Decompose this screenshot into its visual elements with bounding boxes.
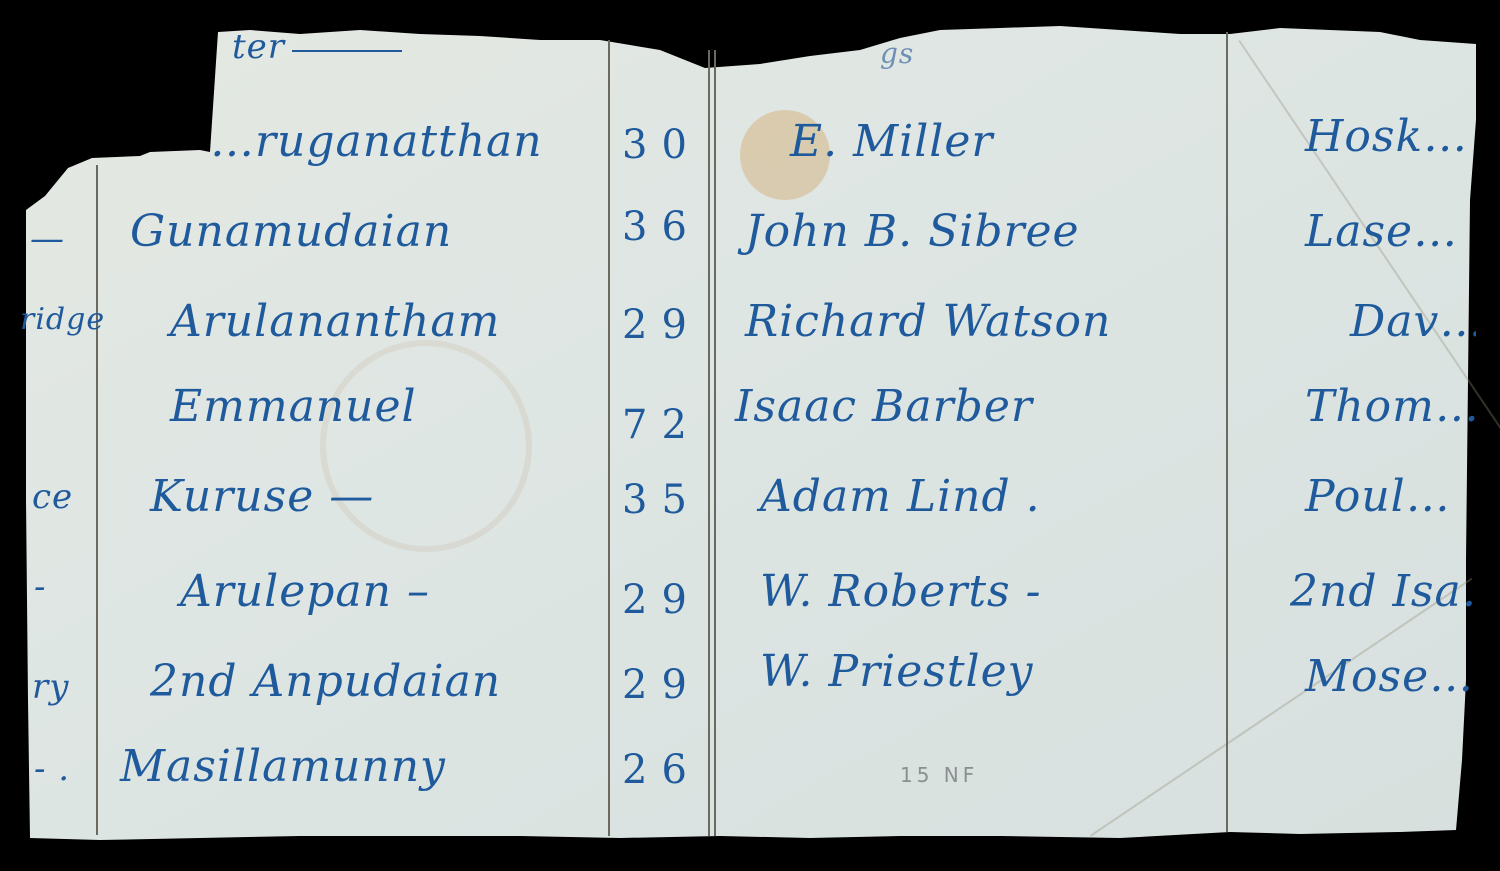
column-rule bbox=[96, 165, 98, 835]
ledger-name-entry: …ruganatthan bbox=[210, 120, 543, 164]
ledger-age-entry: 30 bbox=[622, 125, 701, 165]
ledger-name-entry: Masillamunny bbox=[120, 745, 446, 789]
ledger-name-entry: Hosk… bbox=[1305, 115, 1468, 159]
ledger-name-entry: Lase… bbox=[1305, 210, 1458, 254]
ledger-age-entry: 29 bbox=[622, 665, 701, 705]
ledger-age-entry: 29 bbox=[622, 580, 701, 620]
ledger-name-entry: John B. Sibree bbox=[745, 210, 1080, 254]
ledger-age-entry: 72 bbox=[622, 405, 701, 445]
ledger-name-entry: Emmanuel bbox=[170, 385, 417, 429]
ledger-age-entry: 35 bbox=[622, 480, 701, 520]
ledger-age-entry: 29 bbox=[622, 305, 701, 345]
ledger-name-entry: W. Priestley bbox=[760, 650, 1034, 694]
column-rule bbox=[608, 40, 610, 836]
header-fragment: ter bbox=[232, 30, 285, 64]
ledger-name-entry: Poul… bbox=[1305, 475, 1451, 519]
ledger-name-entry: 2nd Anpudaian bbox=[150, 660, 501, 704]
margin-fragment: - bbox=[34, 570, 47, 604]
ledger-name-entry: Adam Lind . bbox=[760, 475, 1041, 519]
ledger-paper-fragment: ter gs — ridge ce - ry - . …ruganatthan … bbox=[0, 0, 1500, 871]
ledger-name-entry: Mose… bbox=[1305, 655, 1474, 699]
column-rule bbox=[1226, 32, 1228, 832]
ledger-name-entry: Arulanantham bbox=[170, 300, 500, 344]
ledger-name-entry: Dav… bbox=[1350, 300, 1476, 344]
ledger-name-entry: E. Miller bbox=[790, 120, 993, 164]
header-fragment: gs bbox=[880, 40, 914, 68]
ledger-name-entry: Kuruse — bbox=[150, 475, 374, 519]
margin-fragment: - . bbox=[34, 752, 70, 786]
ledger-name-entry: Richard Watson bbox=[745, 300, 1111, 344]
pencil-annotation: 15 NF bbox=[900, 765, 978, 785]
margin-fragment: ridge bbox=[20, 305, 105, 335]
ledger-name-entry: Isaac Barber bbox=[735, 385, 1033, 429]
column-c-clip: Hosk… Lase… Dav… Thom… Poul… 2nd Isa… Mo… bbox=[1230, 0, 1476, 871]
ledger-name-entry: Arulepan – bbox=[180, 570, 430, 614]
margin-fragment: ry bbox=[32, 670, 69, 704]
margin-fragment: ce bbox=[32, 480, 73, 514]
ledger-age-entry: 26 bbox=[622, 750, 701, 790]
ledger-name-entry: 2nd Isa… bbox=[1290, 570, 1476, 614]
ledger-age-entry: 36 bbox=[622, 207, 701, 247]
margin-fragment: — bbox=[30, 222, 65, 256]
header-underline bbox=[292, 50, 402, 52]
ledger-name-entry: Thom… bbox=[1305, 385, 1476, 429]
ledger-name-entry: W. Roberts - bbox=[760, 570, 1041, 614]
column-rule bbox=[714, 50, 716, 836]
ledger-name-entry: Gunamudaian bbox=[130, 210, 452, 254]
column-rule bbox=[708, 50, 710, 836]
